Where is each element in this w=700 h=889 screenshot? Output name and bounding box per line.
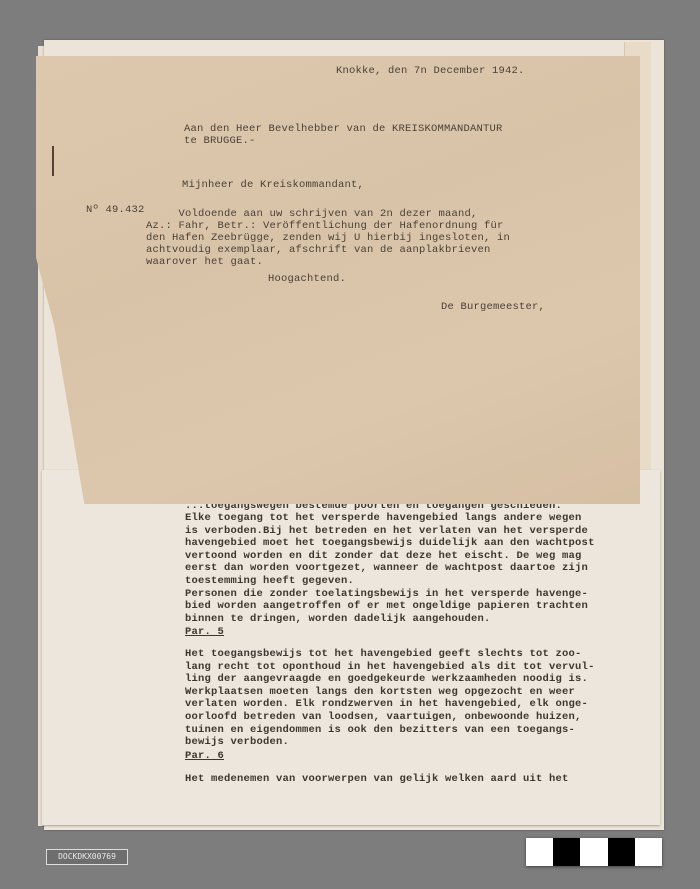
scale-cell — [580, 838, 607, 866]
closing: Hoogachtend. — [268, 273, 346, 285]
paragraph-heading-6: Par. 6 — [185, 750, 224, 763]
enclosure-paragraph-6: Het medenemen van voorwerpen van gelijk … — [185, 773, 569, 786]
color-scale-bar — [526, 838, 662, 866]
scale-cell — [635, 838, 662, 866]
enclosure-paragraph: Elke toegang tot het versperde havengebi… — [185, 512, 595, 625]
salutation: Mijnheer de Kreiskommandant, — [182, 179, 364, 191]
paragraph-heading-5: Par. 5 — [185, 626, 224, 639]
reference-number: Nº 49.432 — [86, 204, 145, 216]
scale-cell — [526, 838, 553, 866]
cover-letter: Knokke, den 7n December 1942. Aan den He… — [36, 56, 640, 504]
enclosure-paragraph-5: Het toegangsbewijs tot het havengebied g… — [185, 648, 595, 749]
scale-cell — [608, 838, 635, 866]
scale-cell — [553, 838, 580, 866]
letter-body: Voldoende aan uw schrijven van 2n dezer … — [146, 208, 510, 268]
margin-mark — [52, 146, 54, 176]
enclosure-page: ...toegangswegen bestemde poorten en toe… — [42, 470, 660, 825]
signature: De Burgemeester, — [441, 301, 545, 313]
addressee-line-1: Aan den Heer Bevelhebber van de KREISKOM… — [184, 123, 503, 135]
addressee-line-2: te BRUGGE.- — [184, 135, 256, 147]
place-date: Knokke, den 7n December 1942. — [336, 65, 525, 77]
archive-label: DOCKDKX00769 — [46, 849, 128, 865]
